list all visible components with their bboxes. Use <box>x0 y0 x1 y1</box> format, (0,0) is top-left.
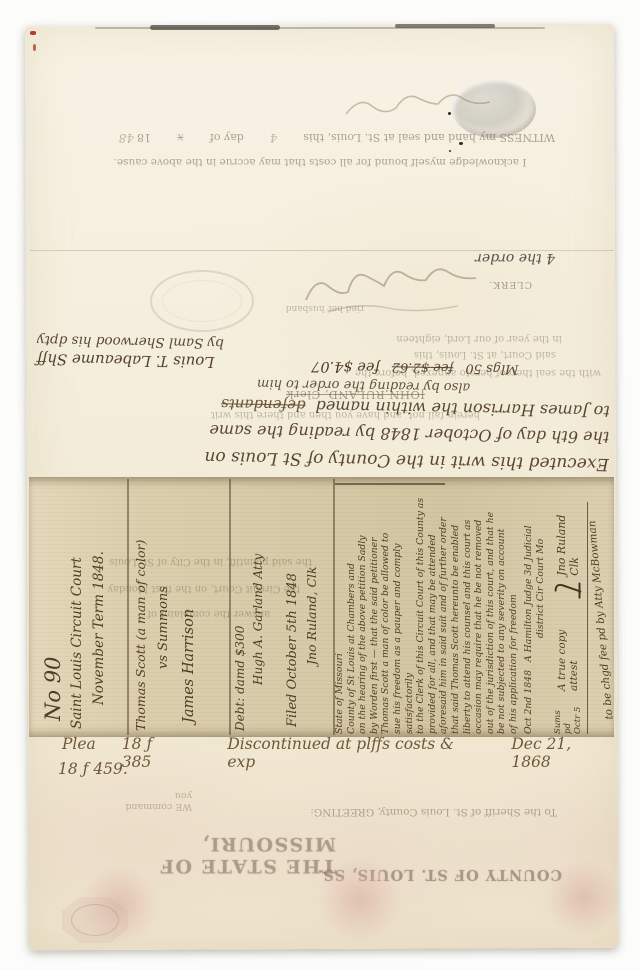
plea-label: Plea <box>62 735 96 753</box>
command-bleed: WE command you <box>106 790 192 812</box>
disposition-note: Discontinued at plffs costs & exp <box>227 735 465 771</box>
order-line: liberty to attend his counsel and this c… <box>462 480 474 734</box>
case-vs: vs Summons <box>152 481 176 669</box>
attest-note: A true copy attest <box>556 607 580 691</box>
fee-amount: fee $4.07 <box>311 358 380 375</box>
scanned-document-page: WITNESS my hand and seal at St. Louis, t… <box>0 0 640 970</box>
greeting-bleed: To the Sheriff of St. Louis County, GREE… <box>245 806 557 818</box>
record-ref-1: 18 ƒ 385 <box>122 735 182 771</box>
order-line: sue his freedom as a pauper and comply s… <box>392 480 415 734</box>
order-line: by Worden first — that the said petition… <box>369 480 381 734</box>
octagon-stamp <box>62 897 128 943</box>
order-line: that said Thomas Scott hereunto be enabl… <box>450 480 462 734</box>
disposition-date: Dec 21, 1868 <box>511 735 607 771</box>
costs-clause: I acknowledge myself bound for all costs… <box>85 156 555 168</box>
deputy-signature: by Saml Sherwood his dpty <box>37 331 224 352</box>
paraph-flourish <box>551 580 585 603</box>
order-line: occasion may require that he be not remo… <box>473 480 485 734</box>
order-line: be not subjected to any severity on acco… <box>496 480 508 734</box>
witness-clause-line: WITNESS my hand and seal at St. Louis, t… <box>95 131 555 145</box>
action-type: Debt: damd $300 <box>231 481 249 731</box>
red-mark <box>30 31 36 35</box>
order-line: County of St Louis at Chambers and <box>346 480 358 734</box>
issued-note: Sums pd <box>553 701 573 734</box>
blossom-stain <box>318 858 402 942</box>
order-line: out of the jurisdiction of this court, a… <box>485 480 497 734</box>
return-struck-words: defendants <box>221 391 306 418</box>
witness-year-handwriting: 48 <box>119 131 134 145</box>
case-number: No 90 <box>40 481 66 721</box>
fee-prefix: Mlgs 50 <box>465 360 518 376</box>
order-line: to the Clerk of this Circuit Court of th… <box>415 480 427 734</box>
docket-col-order: State of Missouri County of St Louis at … <box>334 480 612 734</box>
ink-speck <box>448 112 451 115</box>
blossom-stain <box>545 860 621 936</box>
ghost-signature <box>340 80 510 130</box>
fee-struck: fee $2.62 <box>392 359 454 375</box>
witness-year-print: 18 <box>137 131 151 144</box>
order-line: provided for all, and that may be attend… <box>427 480 439 734</box>
witness-day-handwriting: 4 <box>270 131 278 145</box>
sheriff-signature: Louis T. Labeaume Shff <box>36 349 223 372</box>
order-line: Thomas Scott a man of color be allowed t… <box>380 480 392 734</box>
docket-rule <box>127 479 129 735</box>
docket-col-filing: Debt: damd $300 Hugh A. Garland Atty Fil… <box>231 481 331 731</box>
judge-signature-2: district Cir Court Mo <box>535 480 547 638</box>
record-ref-2: 18 ƒ 459. <box>58 760 128 778</box>
ink-speck <box>459 142 463 145</box>
clerk-label: CLERK. <box>476 279 532 290</box>
court-name: Saint Louis Circuit Court <box>66 481 88 729</box>
filed-date: Filed October 5th 1848 <box>283 481 303 727</box>
court-term: November Term 1848. <box>88 481 110 705</box>
red-mark <box>33 44 36 51</box>
witness-blank-handwriting: x <box>177 131 184 145</box>
docket-col-case: No 90 Saint Louis Circuit Court November… <box>40 481 126 731</box>
bleed-fragment: ried her husband <box>238 303 364 313</box>
return-line-3: to James Harrison the within named <box>315 393 610 424</box>
county-bleed: COUNTY OF ST. LOUIS, SS. <box>262 866 562 883</box>
ink-speck <box>449 150 451 152</box>
docket-col-parties: Thomas Scott (a man of color) vs Summons… <box>130 481 226 731</box>
order-dated: Oct 2nd 1848 <box>523 670 535 734</box>
order-line: of his application for freedom <box>508 480 520 734</box>
issued-date: Octr 5 <box>573 701 583 734</box>
attorney-name: Hugh A. Garland Atty <box>249 481 267 685</box>
order-line: State of Missouri <box>334 480 346 734</box>
witness-mid-text: day of <box>210 131 244 144</box>
clerk-signature: Jno Ruland, Clk <box>303 481 321 665</box>
top-edge-shadow <box>395 24 495 28</box>
defendant-name: James Harrison <box>176 481 202 723</box>
plaintiff-name: Thomas Scott (a man of color) <box>130 481 152 731</box>
order-line: on the hearing of the above petition Sad… <box>357 480 369 734</box>
witness-clause: WITNESS my hand and seal at St. Louis, t… <box>303 131 555 144</box>
sheriffs-return: Executed this writ in the County of St L… <box>35 313 612 477</box>
record-ref-line: Plea 18 ƒ 385 Discontinued at plffs cost… <box>62 735 607 771</box>
top-edge-shadow <box>150 25 280 30</box>
pencil-note: 4 the order <box>425 250 555 266</box>
order-line: aforesaid him in said suit and of furthe… <box>438 480 450 734</box>
judge-signature: A Hamilton Judge 3d Judicial <box>523 525 535 662</box>
attest-clerk-signature: Jno Ruland Clk <box>555 502 581 576</box>
